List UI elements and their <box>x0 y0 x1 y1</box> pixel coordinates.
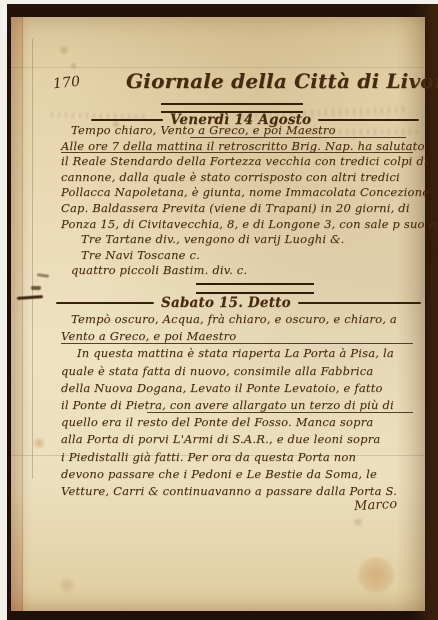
paper-stain <box>58 45 70 55</box>
page-number: 170 <box>52 74 81 93</box>
journal-line: Tempo chiaro, Vento a Greco, e poi Maest… <box>71 123 420 139</box>
heading-rule-left <box>56 302 154 304</box>
heading-rule-right <box>298 302 421 304</box>
journal-line: quale è stata fatta di nuovo, consimile … <box>61 363 420 380</box>
journal-line: cannone, dalla quale è stato corrisposto… <box>61 170 420 186</box>
paper-stain <box>56 577 78 593</box>
margin-ink-smudge <box>15 272 53 312</box>
signature-word: Marco <box>353 497 397 514</box>
journal-line: quello era il resto del Ponte del Fosso.… <box>61 414 420 431</box>
journal-line: devono passare che i Pedoni e Le Bestie … <box>61 466 420 483</box>
entry-heading-row-sabato: Sabato 15. Detto <box>56 295 421 311</box>
journal-line: Ponza 15, di Civitavecchia, 8, e di Long… <box>61 217 420 233</box>
journal-line: della Nuova Dogana, Levato il Ponte Leva… <box>61 380 420 397</box>
journal-line: i Piedistalli già fatti. Per ora da ques… <box>61 449 420 466</box>
journal-line: In questa mattina è stata riaperta La Po… <box>77 345 420 362</box>
page-edge <box>11 17 23 611</box>
journal-line: Pollacca Napoletana, è giunta, nome Imma… <box>61 185 420 201</box>
journal-line: alla Porta di porvi L'Armi di S.A.R., e … <box>61 431 420 448</box>
heading-rule-left <box>91 119 163 121</box>
manuscript-page: 170 Giornale della Città di Livorno Vene… <box>11 17 425 611</box>
entry-heading-sabato: Sabato 15. Detto <box>154 295 298 311</box>
journal-line: Vento a Greco, e poi Maestro <box>61 328 420 345</box>
heading-rule-right <box>318 119 419 121</box>
journal-line: il Ponte di Pietra, con avere allargato … <box>61 397 420 414</box>
page-title: Giornale della Città di Livorno <box>126 69 417 93</box>
paper-stain <box>351 517 365 527</box>
entry-body-sabato: Tempò oscuro, Acqua, frà chiaro, e oscur… <box>61 311 420 500</box>
journal-line: Tre Tartane div., vengono di varij Luogh… <box>81 232 420 248</box>
paper-stain <box>356 557 396 593</box>
journal-line: Tempò oscuro, Acqua, frà chiaro, e oscur… <box>71 311 420 328</box>
paper-crease <box>11 67 425 68</box>
journal-line: Alle ore 7 della mattina il retroscritto… <box>61 139 420 155</box>
journal-line: Tre Navi Toscane c. <box>81 248 420 264</box>
journal-line: Cap. Baldassera Previta (viene di Trapan… <box>61 201 420 217</box>
paper-stain <box>69 62 78 70</box>
entry-body-venerdi: Tempo chiaro, Vento a Greco, e poi Maest… <box>61 123 420 279</box>
margin-fold-line <box>32 39 33 479</box>
paper-stain <box>31 437 47 449</box>
section-divider-rule <box>196 283 314 294</box>
journal-line: quattro piccoli Bastim. div. c. <box>71 263 420 279</box>
journal-line: il Reale Stendardo della Fortezza vecchi… <box>61 154 420 170</box>
